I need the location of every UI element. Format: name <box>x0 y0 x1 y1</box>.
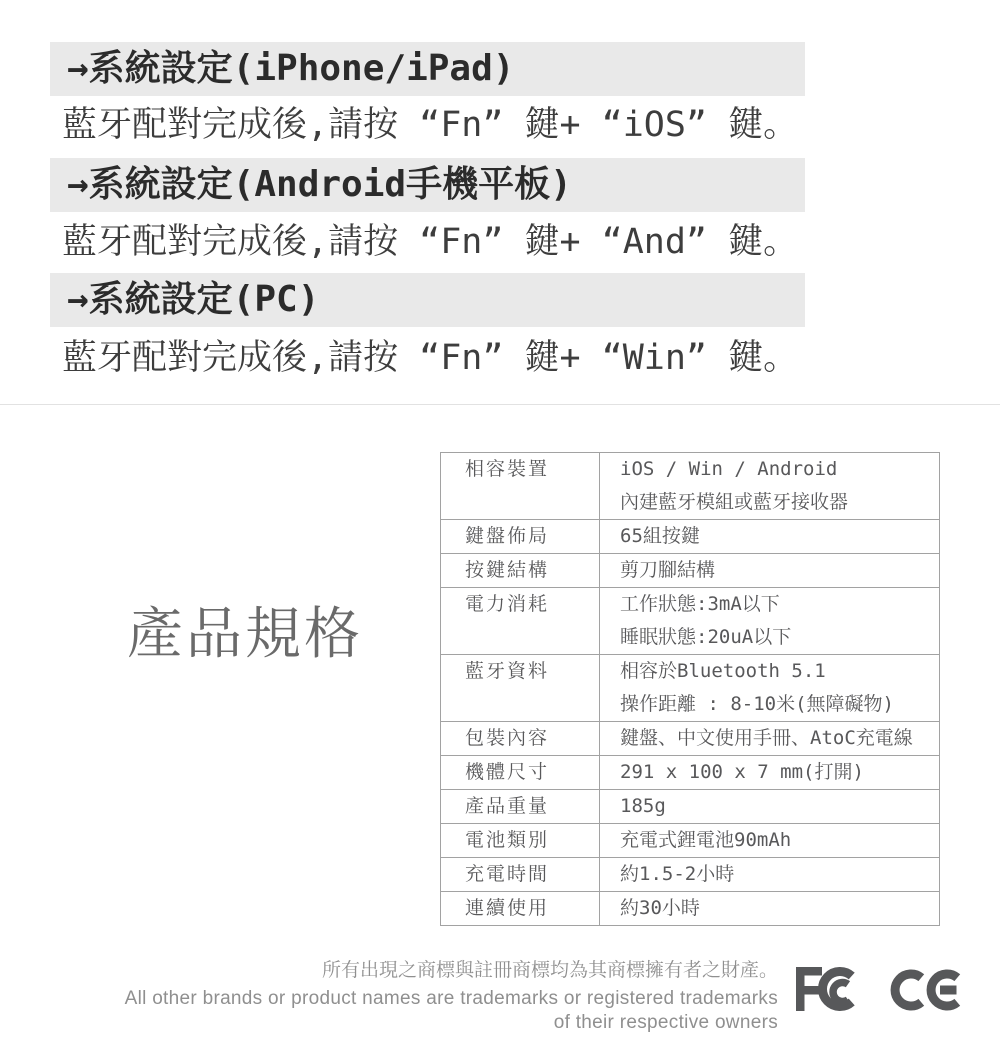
table-row: 機體尺寸 291 x 100 x 7 mm(打開) <box>441 756 940 790</box>
spec-row-label: 連續使用 <box>441 892 600 926</box>
spec-row-value: 工作狀態:3mA以下睡眠狀態:20uA以下 <box>600 588 940 655</box>
spec-row-value: 約30小時 <box>600 892 940 926</box>
section-heading-iphone-ipad: →系統設定(iPhone/iPad) <box>50 42 805 96</box>
section-body-pc: 藍牙配對完成後,請按 “Fn” 鍵+ “Win” 鍵。 <box>62 336 962 380</box>
table-row: 連續使用 約30小時 <box>441 892 940 926</box>
table-row: 產品重量 185g <box>441 790 940 824</box>
table-row: 按鍵結構 剪刀腳結構 <box>441 554 940 588</box>
disclaimer-en-line1: All other brands or product names are tr… <box>125 988 778 1010</box>
spec-table: 相容裝置 iOS / Win / Android內建藍牙模組或藍牙接收器 鍵盤佈… <box>440 452 940 926</box>
spec-row-label: 機體尺寸 <box>441 756 600 790</box>
spec-row-label: 相容裝置 <box>441 453 600 520</box>
disclaimer-zh: 所有出現之商標與註冊商標均為其商標擁有者之財產。 <box>322 955 778 982</box>
spec-row-value: 291 x 100 x 7 mm(打開) <box>600 756 940 790</box>
spec-row-value: 約1.5-2小時 <box>600 858 940 892</box>
section-body-android: 藍牙配對完成後,請按 “Fn” 鍵+ “And” 鍵。 <box>62 220 962 264</box>
disclaimer-en-line2: of their respective owners <box>554 1012 778 1034</box>
spec-row-value: 充電式鋰電池90mAh <box>600 824 940 858</box>
ce-logo-icon <box>890 967 966 1013</box>
spec-row-value: 鍵盤、中文使用手冊、AtoC充電線 <box>600 722 940 756</box>
spec-row-label: 鍵盤佈局 <box>441 520 600 554</box>
spec-row-label: 充電時間 <box>441 858 600 892</box>
table-row: 電池類別 充電式鋰電池90mAh <box>441 824 940 858</box>
section-heading-pc: →系統設定(PC) <box>50 273 805 327</box>
spec-row-label: 電力消耗 <box>441 588 600 655</box>
spec-row-value: 剪刀腳結構 <box>600 554 940 588</box>
manual-page: →系統設定(iPhone/iPad) 藍牙配對完成後,請按 “Fn” 鍵+ “i… <box>0 0 1000 1054</box>
spec-row-value: 相容於Bluetooth 5.1操作距離 : 8-10米(無障礙物) <box>600 655 940 722</box>
section-divider <box>0 404 1000 405</box>
spec-section-title: 產品規格 <box>127 590 363 670</box>
spec-row-label: 藍牙資料 <box>441 655 600 722</box>
spec-row-value: 65組按鍵 <box>600 520 940 554</box>
table-row: 電力消耗 工作狀態:3mA以下睡眠狀態:20uA以下 <box>441 588 940 655</box>
section-heading-android: →系統設定(Android手機平板) <box>50 158 805 212</box>
table-row: 鍵盤佈局 65組按鍵 <box>441 520 940 554</box>
table-row: 相容裝置 iOS / Win / Android內建藍牙模組或藍牙接收器 <box>441 453 940 520</box>
spec-row-label: 包裝內容 <box>441 722 600 756</box>
fcc-logo-icon <box>794 964 866 1014</box>
section-body-ios: 藍牙配對完成後,請按 “Fn” 鍵+ “iOS” 鍵。 <box>62 103 962 147</box>
table-row: 充電時間 約1.5-2小時 <box>441 858 940 892</box>
table-row: 藍牙資料 相容於Bluetooth 5.1操作距離 : 8-10米(無障礙物) <box>441 655 940 722</box>
spec-row-label: 按鍵結構 <box>441 554 600 588</box>
spec-table-body: 相容裝置 iOS / Win / Android內建藍牙模組或藍牙接收器 鍵盤佈… <box>441 453 940 926</box>
table-row: 包裝內容 鍵盤、中文使用手冊、AtoC充電線 <box>441 722 940 756</box>
spec-row-label: 電池類別 <box>441 824 600 858</box>
spec-row-label: 產品重量 <box>441 790 600 824</box>
spec-row-value: 185g <box>600 790 940 824</box>
spec-row-value: iOS / Win / Android內建藍牙模組或藍牙接收器 <box>600 453 940 520</box>
